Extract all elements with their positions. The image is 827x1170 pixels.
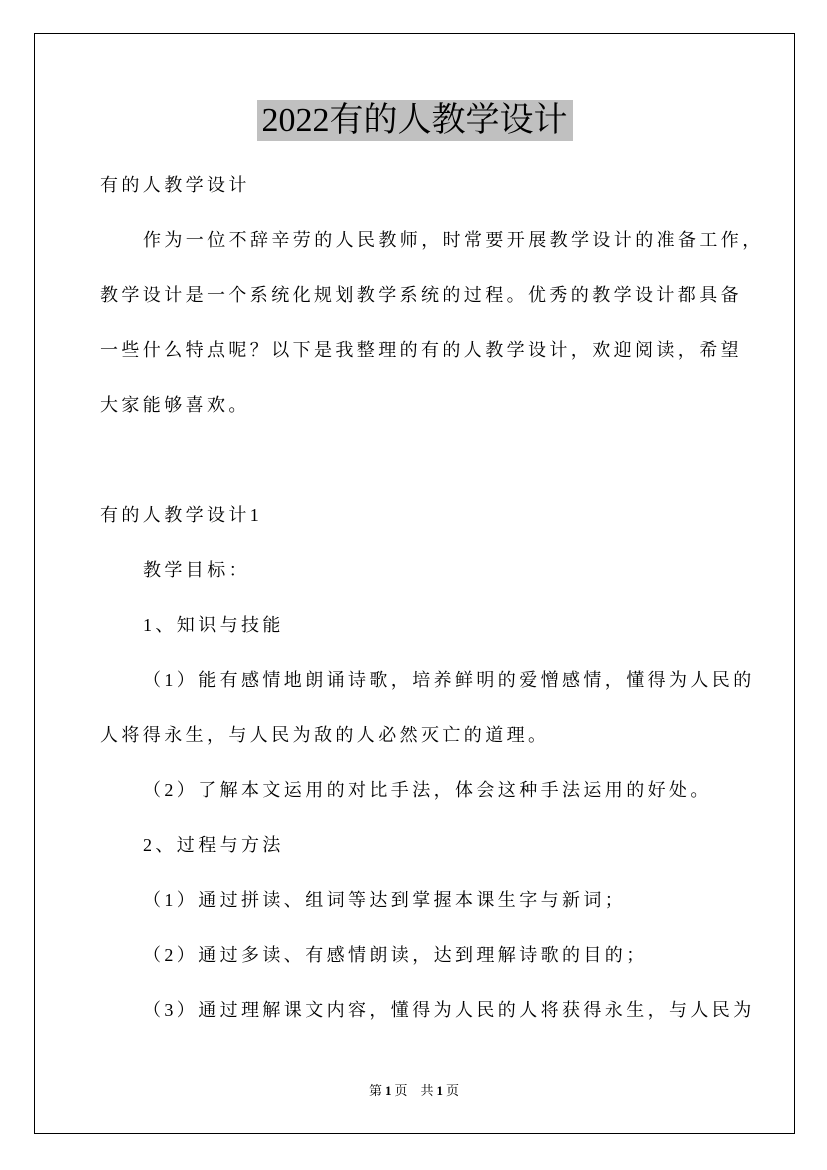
document-title: 2022有的人教学设计 (257, 100, 573, 141)
text-line: 教学目标： (100, 543, 750, 598)
text-line: 人将得永生，与人民为敌的人必然灭亡的道理。 (100, 708, 750, 763)
total-pages-label: 共1页 (421, 1083, 461, 1098)
total-pages-suffix: 页 (446, 1083, 460, 1098)
text-line: （1）能有感情地朗诵诗歌，培养鲜明的爱憎感情，懂得为人民的 (100, 653, 750, 708)
text-line: （1）通过拼读、组词等达到掌握本课生字与新词； (100, 873, 750, 928)
blank-line (100, 433, 750, 488)
document-body: 有的人教学设计 作为一位不辞辛劳的人民教师，时常要开展教学设计的准备工作， 教学… (100, 158, 750, 1038)
document-title-row: 2022有的人教学设计 (34, 100, 795, 141)
page-number-prefix: 第 (369, 1083, 383, 1098)
text-line: 大家能够喜欢。 (100, 378, 750, 433)
text-line: （2）通过多读、有感情朗读，达到理解诗歌的目的； (100, 928, 750, 983)
text-line: 1、知识与技能 (100, 598, 750, 653)
text-line: （2）了解本文运用的对比手法，体会这种手法运用的好处。 (100, 763, 750, 818)
page-number-value: 1 (383, 1083, 395, 1098)
page-number-suffix: 页 (394, 1083, 408, 1098)
text-line: 作为一位不辞辛劳的人民教师，时常要开展教学设计的准备工作， (100, 213, 750, 268)
text-line: 有的人教学设计 (100, 158, 750, 213)
text-line: 2、过程与方法 (100, 818, 750, 873)
text-line: 有的人教学设计1 (100, 488, 750, 543)
document-page: 2022有的人教学设计 有的人教学设计 作为一位不辞辛劳的人民教师，时常要开展教… (0, 0, 827, 1170)
total-pages-prefix: 共 (421, 1083, 435, 1098)
text-line: 教学设计是一个系统化规划教学系统的过程。优秀的教学设计都具备 (100, 268, 750, 323)
total-pages-value: 1 (435, 1083, 447, 1098)
text-line: 一些什么特点呢？以下是我整理的有的人教学设计，欢迎阅读，希望 (100, 323, 750, 378)
text-line: （3）通过理解课文内容，懂得为人民的人将获得永生，与人民为 (100, 983, 750, 1038)
page-footer: 第1页共1页 (34, 1080, 795, 1099)
page-number-label: 第1页 (369, 1083, 409, 1098)
